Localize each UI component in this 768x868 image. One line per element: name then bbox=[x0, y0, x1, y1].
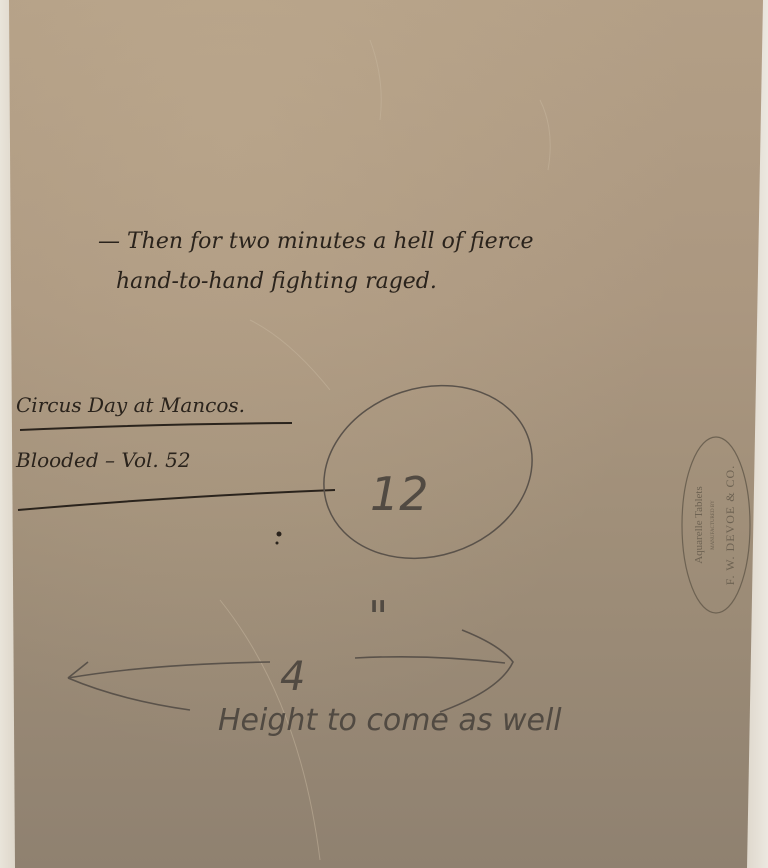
title-underline bbox=[20, 423, 292, 430]
left-arrowhead-bottom bbox=[68, 678, 190, 710]
ink-blot bbox=[277, 532, 282, 537]
ink-leader-line bbox=[18, 490, 335, 510]
ink-blot bbox=[276, 542, 279, 545]
ink-line-2: hand-to-hand fighting raged. bbox=[116, 269, 437, 294]
stamp-line-2: MANUFACTURED BY bbox=[711, 500, 716, 550]
dimension-unit: " bbox=[368, 592, 388, 643]
left-arrow-shaft bbox=[68, 662, 270, 678]
circled-number: 12 bbox=[370, 467, 429, 521]
manufacturer-stamp: Aquarelle Tablets MANUFACTURED BY F. W. … bbox=[682, 437, 750, 613]
right-arrowhead bbox=[440, 630, 513, 712]
ink-line-1: — Then for two minutes a hell of fierce bbox=[98, 229, 534, 254]
ink-ref-note: Blooded – Vol. 52 bbox=[15, 448, 191, 472]
stamp-line-1: Aquarelle Tablets bbox=[693, 486, 705, 564]
stamp-line-3: F. W. DEVOE & CO. bbox=[723, 465, 737, 585]
dimension-value: 4 bbox=[280, 654, 305, 700]
ink-title-note: Circus Day at Mancos. bbox=[16, 393, 245, 417]
annotations-layer: — Then for two minutes a hell of fierce … bbox=[0, 0, 768, 868]
right-arrow-shaft bbox=[355, 657, 505, 663]
pencil-instruction: Height to come as well bbox=[218, 703, 562, 738]
